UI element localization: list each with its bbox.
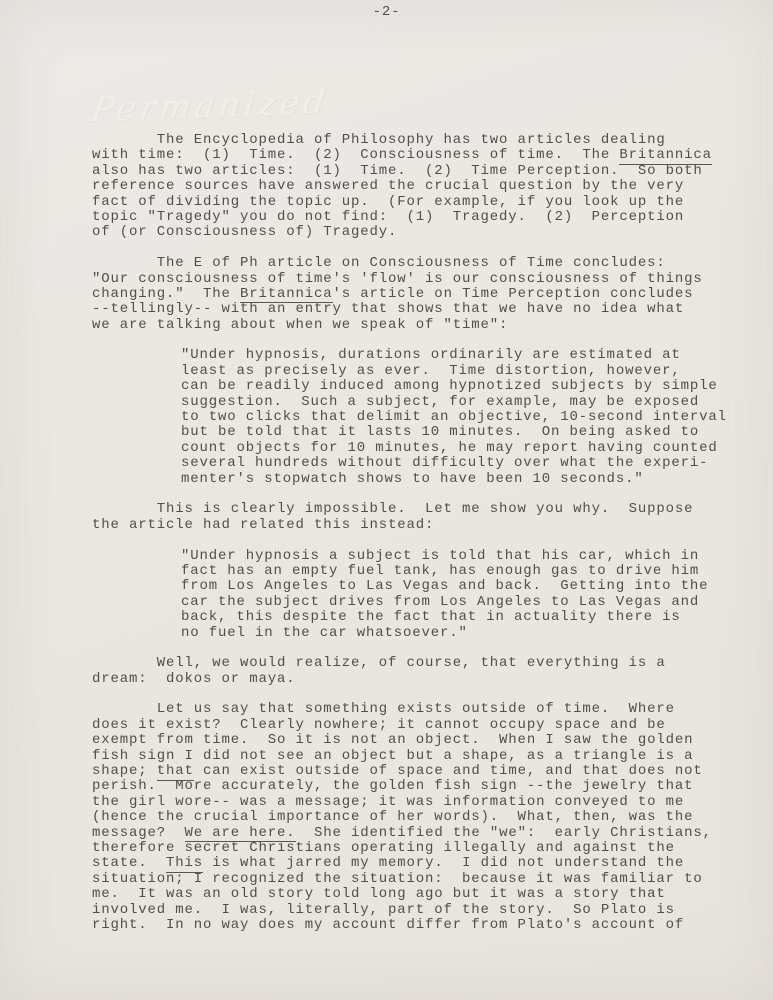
block-quote: "Under hypnosis, durations ordinarily ar…: [181, 348, 727, 487]
text-line: The Encyclopedia of Philosophy has two a…: [92, 133, 727, 148]
text-line: also has two articles: (1) Time. (2) Tim…: [92, 164, 727, 179]
paragraph: This is clearly impossible. Let me show …: [92, 502, 727, 533]
text-line: state. This is what jarred my memory. I …: [92, 856, 727, 871]
text-line: exempt from time. So it is not an object…: [92, 733, 727, 748]
text-line: least as precisely as ever. Time distort…: [181, 364, 727, 379]
text-line: back, this despite the fact that in actu…: [181, 610, 727, 625]
text-line: "Under hypnosis, durations ordinarily ar…: [181, 348, 727, 363]
text-line: perish. More accurately, the golden fish…: [92, 779, 727, 794]
text-line: me. It was an old story told long ago bu…: [92, 887, 727, 902]
text-line: shape; that can exist outside of space a…: [92, 764, 727, 779]
text-line: --tellingly-- with an entry that shows t…: [92, 302, 727, 317]
block-quote: "Under hypnosis a subject is told that h…: [181, 549, 727, 641]
text-line: does it exist? Clearly nowhere; it canno…: [92, 718, 727, 733]
scanned-page: -2- Permanized The Encyclopedia of Philo…: [0, 0, 773, 1000]
text-line: This is clearly impossible. Let me show …: [92, 502, 727, 517]
paper-watermark: Permanized: [89, 82, 331, 129]
text-line: reference sources have answered the cruc…: [92, 179, 727, 194]
text-line: several hundreds without difficulty over…: [181, 456, 727, 471]
paragraph: The E of Ph article on Consciousness of …: [92, 256, 727, 333]
text-line: changing." The Britannica's article on T…: [92, 287, 727, 302]
text-line: of (or Consciousness of) Tragedy.: [92, 225, 727, 240]
text-line: The E of Ph article on Consciousness of …: [92, 256, 727, 271]
text-line: right. In no way does my account differ …: [92, 918, 727, 933]
text-line: "Our consciousness of time's 'flow' is o…: [92, 272, 727, 287]
text-line: Well, we would realize, of course, that …: [92, 656, 727, 671]
text-line: menter's stopwatch shows to have been 10…: [181, 472, 727, 487]
text-line: therefore secret Christians operating il…: [92, 841, 727, 856]
text-line: but be told that it lasts 10 minutes. On…: [181, 425, 727, 440]
text-line: fish sign I did not see an object but a …: [92, 749, 727, 764]
text-line: message? We are here. She identified the…: [92, 826, 727, 841]
text-line: Let us say that something exists outside…: [92, 702, 727, 717]
text-line: the girl wore-- was a message; it was in…: [92, 795, 727, 810]
paragraph: Let us say that something exists outside…: [92, 702, 727, 933]
page-number: -2-: [0, 4, 773, 20]
text-line: can be readily induced among hypnotized …: [181, 379, 727, 394]
paragraph: Well, we would realize, of course, that …: [92, 656, 727, 687]
text-line: to two clicks that delimit an objective,…: [181, 410, 727, 425]
typewritten-text-body: The Encyclopedia of Philosophy has two a…: [92, 133, 727, 949]
text-line: count objects for 10 minutes, he may rep…: [181, 441, 727, 456]
text-line: involved me. I was, literally, part of t…: [92, 903, 727, 918]
text-line: we are talking about when we speak of "t…: [92, 318, 727, 333]
text-line: with time: (1) Time. (2) Consciousness o…: [92, 148, 727, 163]
text-line: fact has an empty fuel tank, has enough …: [181, 564, 727, 579]
text-line: dream: dokos or maya.: [92, 672, 727, 687]
paragraph: The Encyclopedia of Philosophy has two a…: [92, 133, 727, 241]
text-line: fact of dividing the topic up. (For exam…: [92, 195, 727, 210]
text-line: (hence the crucial importance of her wor…: [92, 810, 727, 825]
text-line: "Under hypnosis a subject is told that h…: [181, 549, 727, 564]
text-line: from Los Angeles to Las Vegas and back. …: [181, 579, 727, 594]
text-line: topic "Tragedy" you do not find: (1) Tra…: [92, 210, 727, 225]
text-line: no fuel in the car whatsoever.": [181, 626, 727, 641]
text-line: the article had related this instead:: [92, 518, 727, 533]
text-line: situation; I recognized the situation: b…: [92, 872, 727, 887]
text-line: suggestion. Such a subject, for example,…: [181, 395, 727, 410]
text-line: car the subject drives from Los Angeles …: [181, 595, 727, 610]
